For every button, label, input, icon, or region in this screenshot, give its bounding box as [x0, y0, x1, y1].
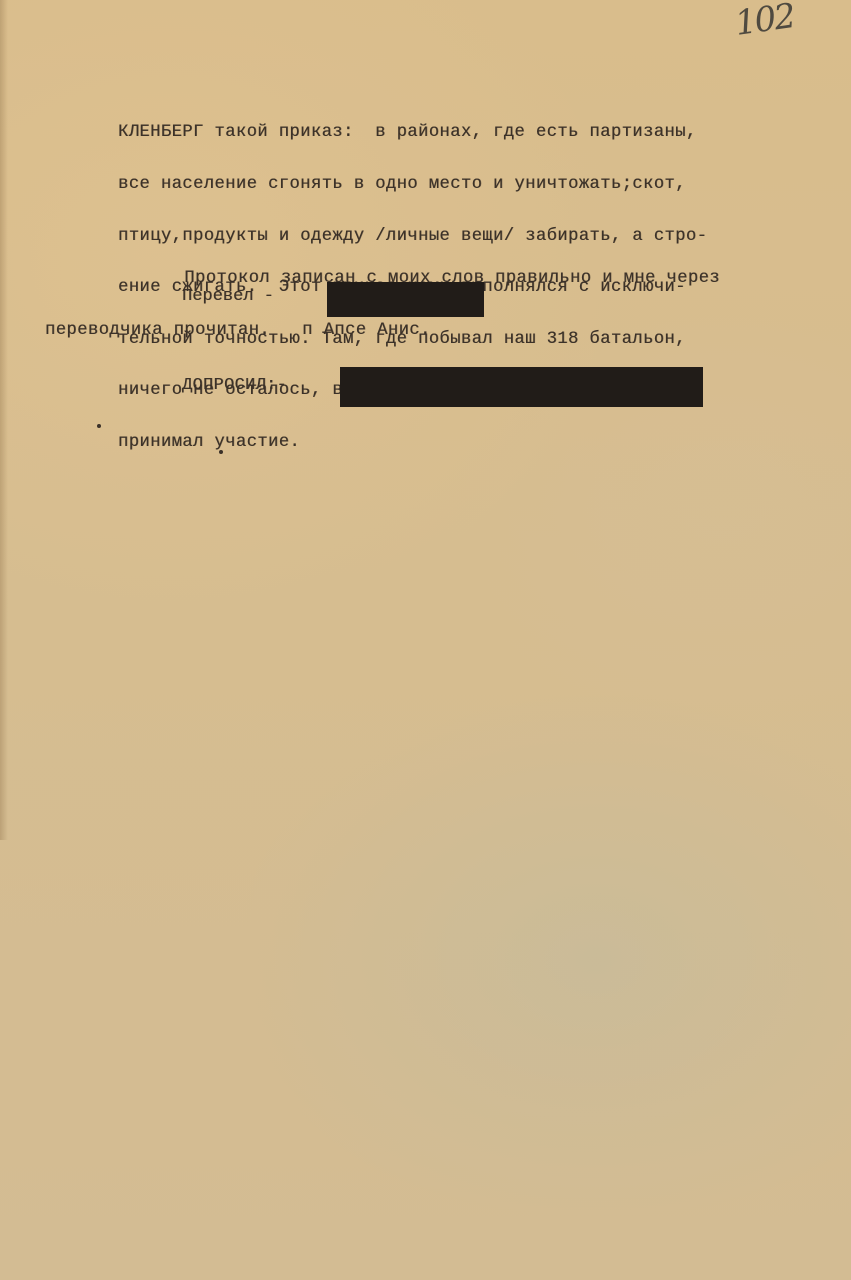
ink-speck — [219, 450, 223, 454]
interrogator-name-redaction — [340, 367, 703, 407]
text-line: переводчика прочитан. п Апсе Анис. — [45, 322, 720, 339]
text-line: КЛЕНБЕРГ такой приказ: в районах, где ес… — [118, 124, 707, 141]
text-line: все население сгонять в одно место и уни… — [118, 176, 707, 193]
ink-speck — [97, 424, 101, 428]
text-line: принимал участие. — [118, 434, 707, 451]
translator-label: Перевел - — [182, 287, 274, 306]
page-edge-shadow — [0, 0, 8, 840]
interrogator-label: ДОПРОСИЛ:- — [182, 376, 287, 395]
translator-name-redaction — [327, 282, 484, 317]
handwritten-page-number: 102 — [733, 0, 797, 44]
